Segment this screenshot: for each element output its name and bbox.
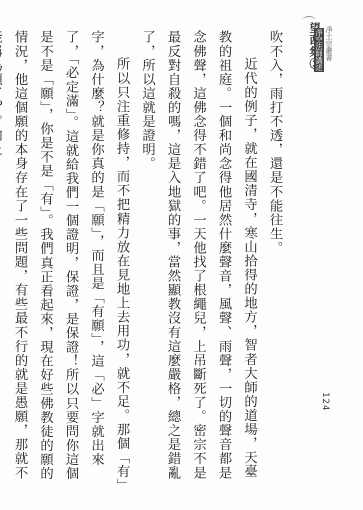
page-number: 124 [320,392,330,411]
series-label: 淨土宗叢書 [324,26,334,72]
vertical-text-body: 吹不入，雨打不透，還是不能往生。 近代的例子，就在國清寺，寒山拾得的地方，智者大… [0,30,287,490]
paragraph: 所以只注重修持，而不把精力放在見地上去用功，就不足。那個「有」字，為什麼？就是你… [0,30,134,490]
running-header: 望西集② 淨土宗叢書 淨空法師講述 [300,22,340,122]
book-page: 望西集② 淨土宗叢書 淨空法師講述 吹不入，雨打不透，還是不能往生。 近代的例子… [0,0,363,510]
paragraph: 吹不入，雨打不透，還是不能往生。 [262,30,288,490]
paragraph: 近代的例子，就在國清寺，寒山拾得的地方，智者大師的道場，天臺教的祖庭。一個和尚念… [134,30,262,490]
series-sublabel: 淨空法師講述 [314,28,324,72]
series-label-box: 淨土宗叢書 淨空法師講述 [322,26,334,72]
